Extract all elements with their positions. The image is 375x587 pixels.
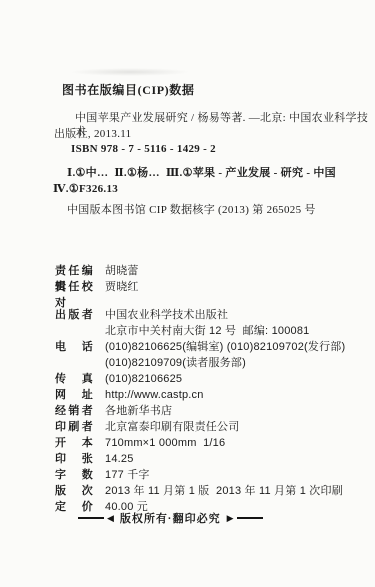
row-printer: 印刷者 北京富泰印刷有限责任公司 <box>55 418 367 434</box>
row-edition-label: 版次 <box>55 482 93 498</box>
row-proofreader: 责任校对 贾晓红 <box>55 278 367 294</box>
row-distributor-value: 各地新华书店 <box>105 402 172 418</box>
cip-heading: 图书在版编目(CIP)数据 <box>62 83 194 97</box>
cip-classification-line-1: Ⅰ.①中… Ⅱ.①杨… Ⅲ.①苹果 - 产业发展 - 研究 - 中国 <box>67 166 336 180</box>
copyright-text: 版权所有·翻印必究 <box>120 510 221 526</box>
row-publisher: 出版者 中国农业科学技术出版社 <box>55 306 367 322</box>
row-distributor: 经销者 各地新华书店 <box>55 402 367 418</box>
row-editor: 责任编辑 胡晓蕾 <box>55 262 367 278</box>
row-printed-sheets: 印张 14.25 <box>55 450 367 466</box>
rule-right <box>237 517 263 519</box>
row-website: 网址 http://www.castp.cn <box>55 386 367 402</box>
cip-record-number: 中国版本图书馆 CIP 数据核字 (2013) 第 265025 号 <box>67 203 316 217</box>
row-phone-2: (010)82109709(读者服务部) <box>55 354 367 370</box>
cip-classification-line-2: Ⅳ.①F326.13 <box>53 182 118 196</box>
isbn-number: ISBN 978 - 7 - 5116 - 1429 - 2 <box>71 142 216 156</box>
row-printed-sheets-label: 印张 <box>55 450 93 466</box>
row-publisher-address-value: 北京市中关村南大街 12 号 邮编: 100081 <box>105 322 309 338</box>
copyright-notice: ◀ 版权所有·翻印必究 ▶ <box>78 510 263 526</box>
row-website-label: 网址 <box>55 386 93 402</box>
row-edition-value: 2013 年 11 月第 1 版 2013 年 11 月第 1 次印刷 <box>105 482 343 498</box>
row-website-url: http://www.castp.cn <box>105 389 204 401</box>
row-printer-label: 印刷者 <box>55 418 93 434</box>
row-publisher-value: 中国农业科学技术出版社 <box>105 306 228 322</box>
row-phone-2-value: (010)82109709(读者服务部) <box>105 354 246 370</box>
row-fax-label: 传真 <box>55 370 93 386</box>
row-phone: 电话 (010)82106625(编辑室) (010)82109702(发行部) <box>55 338 367 354</box>
row-fax-value: (010)82106625 <box>105 373 182 385</box>
row-format-label: 开本 <box>55 434 93 450</box>
row-publisher-label: 出版者 <box>55 306 93 322</box>
right-arrowhead-icon: ▶ <box>227 514 234 523</box>
row-word-count: 字数 177 千字 <box>55 466 367 482</box>
rule-left <box>78 517 104 519</box>
book-copyright-page: 图书在版编目(CIP)数据 中国苹果产业发展研究 / 杨易等著. —北京: 中国… <box>0 0 375 587</box>
left-arrowhead-icon: ◀ <box>107 514 114 523</box>
scan-smudge <box>70 68 190 76</box>
row-fax: 传真 (010)82106625 <box>55 370 367 386</box>
row-format-value: 710mm×1 000mm 1/16 <box>105 437 225 449</box>
row-format: 开本 710mm×1 000mm 1/16 <box>55 434 367 450</box>
row-printed-sheets-value: 14.25 <box>105 453 134 465</box>
row-editor-value: 胡晓蕾 <box>105 262 139 278</box>
cip-description-line-2: 出版社, 2013.11 <box>54 127 131 141</box>
row-distributor-label: 经销者 <box>55 402 93 418</box>
row-proofreader-value: 贾晓红 <box>105 278 139 294</box>
colophon-block: 责任编辑 胡晓蕾 责任校对 贾晓红 出版者 中国农业科学技术出版社 北京市中关村… <box>55 262 367 514</box>
row-word-count-label: 字数 <box>55 466 93 482</box>
row-publisher-address: 北京市中关村南大街 12 号 邮编: 100081 <box>55 322 367 338</box>
row-phone-label: 电话 <box>55 338 93 354</box>
row-phone-value: (010)82106625(编辑室) (010)82109702(发行部) <box>105 338 345 354</box>
row-edition: 版次 2013 年 11 月第 1 版 2013 年 11 月第 1 次印刷 <box>55 482 367 498</box>
row-printer-value: 北京富泰印刷有限责任公司 <box>105 418 239 434</box>
row-word-count-value: 177 千字 <box>105 466 150 482</box>
